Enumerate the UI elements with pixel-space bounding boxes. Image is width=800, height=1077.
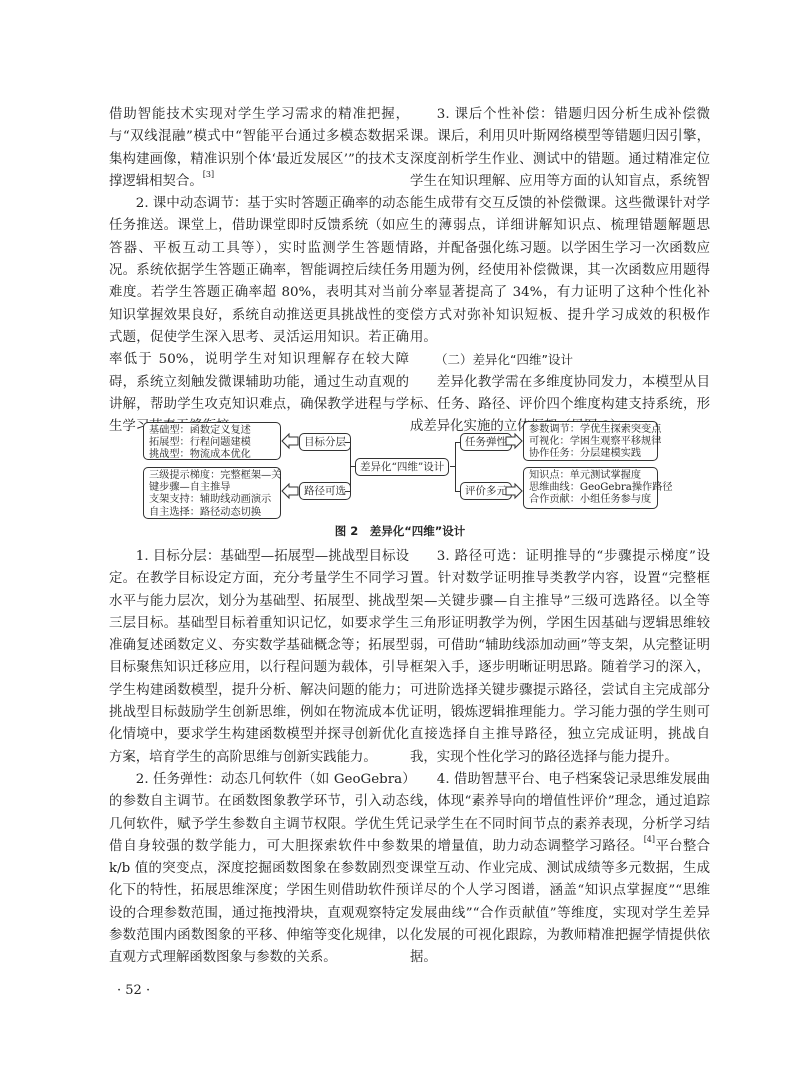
paragraph: 3. 课后个性补偿：错题归因分析生成补偿微课。课后，利用贝叶斯网络模型等错题归因…: [410, 104, 710, 349]
box-line: 自主选择：路径动态切换: [149, 507, 275, 519]
citation-ref: [3]: [203, 170, 214, 179]
paragraph: 差异化教学需在多维度协同发力，本模型从目标、任务、路径、评价四个维度构建支持系统…: [410, 372, 710, 439]
citation-ref: [4]: [644, 835, 655, 844]
paragraph: 借助智能技术实现对学生学习需求的精准把握，与“双线混融”模式中“智能平台通过多模…: [109, 104, 409, 193]
node-path: 路径可选: [299, 482, 351, 500]
box-line: 思维曲线：GeoGebra操作路径: [529, 482, 652, 494]
box-line: 三级提示梯度：完整框架—关: [149, 470, 275, 482]
node-center: 差异化“四维”设计: [355, 458, 449, 476]
paragraph: 4. 借助智慧平台、电子档案袋记录思维发展曲线，体现“素养导向的增值性评价”理念…: [410, 769, 710, 970]
right-column-top: 3. 课后个性补偿：错题归因分析生成补偿微课。课后，利用贝叶斯网络模型等错题归因…: [410, 104, 710, 438]
paragraph: 3. 路径可选：证明推导的“步骤提示梯度”设置。针对数学证明推导类教学内容，设置…: [410, 546, 710, 769]
box-line: 支架支持：辅助线动画演示: [149, 494, 275, 506]
connector: [345, 442, 350, 443]
left-column-bottom: 1. 目标分层：基础型—拓展型—挑战型目标设定。在教学目标设定方面，充分考量学生…: [109, 546, 409, 970]
connector: [450, 466, 455, 467]
paragraph: 2. 课中动态调节：基于实时答题正确率的动态任务推送。课堂上，借助课堂即时反馈系…: [109, 193, 409, 438]
paragraph-text: 借助智能技术实现对学生学习需求的精准把握，与“双线混融”模式中“智能平台通过多模…: [109, 107, 409, 189]
connector: [455, 442, 456, 492]
paragraph-text: 平台整合课堂互动、作业完成、测试成绩等多元数据，生成详尽的个人学习图谱，涵盖“知…: [410, 839, 710, 965]
node-eval: 评价多元: [460, 482, 512, 500]
connector: [455, 491, 460, 492]
arrow-left-icon: [281, 482, 299, 500]
connector: [350, 466, 355, 467]
arrow-right-icon: [505, 482, 523, 500]
paragraph: 2. 任务弹性：动态几何软件（如 GeoGebra）的参数自主调节。在函数图象教…: [109, 769, 409, 970]
connector: [455, 442, 460, 443]
box-line: 知识点：单元测试掌握度: [529, 470, 652, 482]
paragraph: 1. 目标分层：基础型—拓展型—挑战型目标设定。在教学目标设定方面，充分考量学生…: [109, 546, 409, 769]
box-line: 键步骤—自主推导: [149, 482, 275, 494]
path-detail-box: 三级提示梯度：完整框架—关 键步骤—自主推导 支架支持：辅助线动画演示 自主选择…: [143, 467, 281, 519]
connector: [345, 491, 350, 492]
box-line: 协作任务：分层建模实践: [529, 448, 652, 460]
connector: [350, 442, 351, 492]
box-line: 拓展型：行程问题建模: [149, 437, 275, 449]
section-heading: （二）差异化“四维”设计: [410, 349, 710, 371]
right-column-bottom: 3. 路径可选：证明推导的“步骤提示梯度”设置。针对数学证明推导类教学内容，设置…: [410, 546, 710, 970]
box-line: 挑战型：物流成本优化: [149, 449, 275, 461]
left-column-top: 借助智能技术实现对学生学习需求的精准把握，与“双线混融”模式中“智能平台通过多模…: [109, 104, 409, 438]
figure-caption: 图 2 差异化“四维”设计: [0, 523, 800, 539]
box-line: 合作贡献：小组任务参与度: [529, 494, 652, 506]
eval-detail-box: 知识点：单元测试掌握度 思维曲线：GeoGebra操作路径 合作贡献：小组任务参…: [523, 467, 658, 509]
page-number: · 52 ·: [117, 983, 150, 998]
